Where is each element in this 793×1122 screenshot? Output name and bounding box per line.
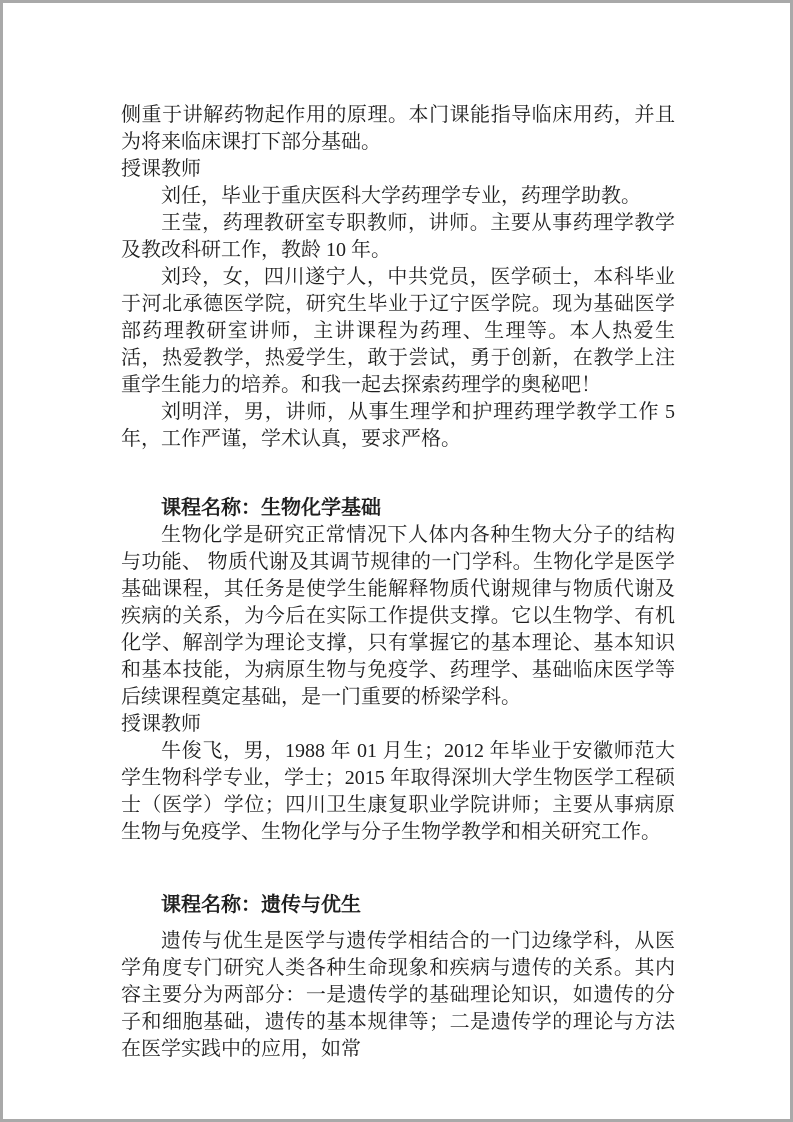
paragraph-pharmacology-conclusion: 侧重于讲解药物起作用的原理。本门课能指导临床用药，并且为将来临床课打下部分基础。 xyxy=(121,102,675,156)
heading-course-genetics: 课程名称：遗传与优生 xyxy=(121,892,675,919)
bio-liu-ren: 刘任，毕业于重庆医科大学药理学专业，药理学助教。 xyxy=(121,183,675,210)
document-page: 侧重于讲解药物起作用的原理。本门课能指导临床用药，并且为将来临床课打下部分基础。… xyxy=(0,0,793,1122)
bio-liu-mingyang: 刘明洋，男，讲师，从事生理学和护理药理学教学工作 5 年，工作严谨，学术认真，要… xyxy=(121,399,675,453)
bio-niu-junfei: 牛俊飞，男，1988 年 01 月生；2012 年毕业于安徽师范大学生物科学专业… xyxy=(121,738,675,846)
paragraph-biochemistry-intro: 生物化学是研究正常情况下人体内各种生物大分子的结构与功能、 物质代谢及其调节规律… xyxy=(121,522,675,711)
text-column: 侧重于讲解药物起作用的原理。本门课能指导临床用药，并且为将来临床课打下部分基础。… xyxy=(121,102,675,1063)
label-instructors-biochemistry: 授课教师 xyxy=(121,711,675,738)
bio-wang-ying: 王莹，药理教研室专职教师，讲师。主要从事药理学教学及教改科研工作，教龄 10 年… xyxy=(121,210,675,264)
paragraph-genetics-intro: 遗传与优生是医学与遗传学相结合的一门边缘学科，从医学角度专门研究人类各种生命现象… xyxy=(121,928,675,1063)
bio-liu-ling: 刘玲，女，四川遂宁人，中共党员，医学硕士，本科毕业于河北承德医学院，研究生毕业于… xyxy=(121,264,675,399)
label-instructors-pharmacology: 授课教师 xyxy=(121,156,675,183)
heading-course-biochemistry: 课程名称：生物化学基础 xyxy=(121,495,675,522)
